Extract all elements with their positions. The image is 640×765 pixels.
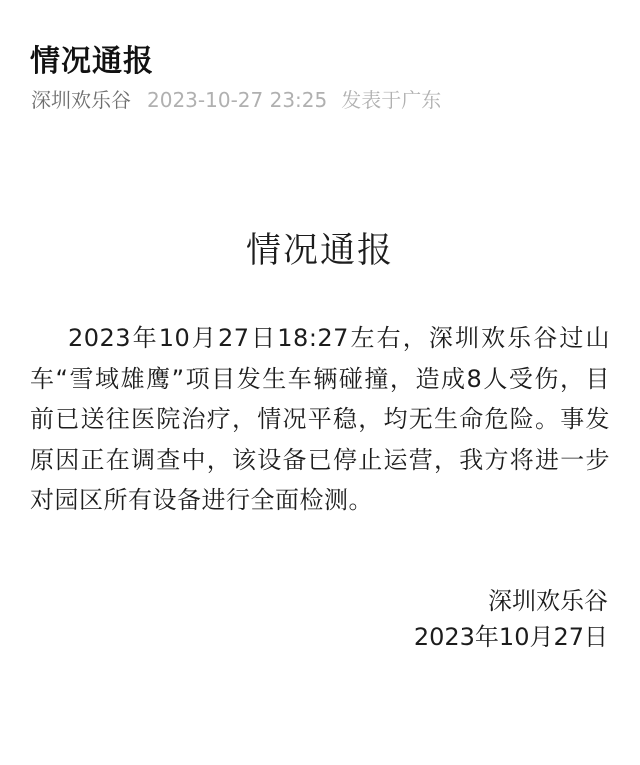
signature-organization: 深圳欢乐谷 bbox=[488, 584, 608, 618]
author-link[interactable]: 深圳欢乐谷 bbox=[31, 88, 131, 112]
notice-body: 2023年10月27日18:27左右，深圳欢乐谷过山车“雪域雄鹰”项目发生车辆碰… bbox=[30, 318, 610, 521]
article-title: 情况通报 bbox=[30, 42, 154, 82]
signature-date: 2023年10月27日 bbox=[414, 620, 608, 654]
publish-time: 2023-10-27 23:25 bbox=[147, 88, 327, 112]
article-meta: 深圳欢乐谷2023-10-27 23:25发表于广东 bbox=[31, 86, 441, 114]
publish-location: 发表于广东 bbox=[341, 88, 441, 112]
notice-heading: 情况通报 bbox=[0, 226, 640, 276]
